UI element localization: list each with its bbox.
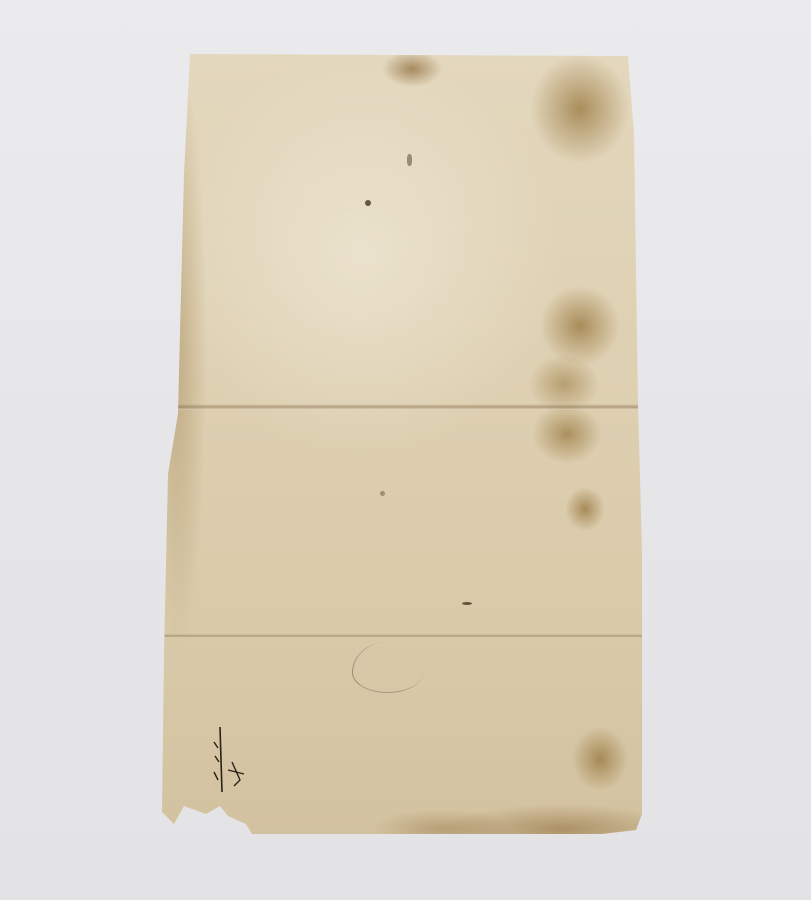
aged-paper-sheet: small illegible ink mark, lower-left [162, 54, 644, 836]
ink-spot [462, 602, 472, 605]
handwritten-mark-icon [210, 722, 250, 802]
photograph: Photograph of an aged, folded sheet of p… [0, 0, 811, 900]
ink-spot [365, 200, 371, 206]
stain-mark [407, 154, 412, 166]
horizontal-fold-lower [162, 634, 644, 638]
horizontal-fold-upper [162, 404, 644, 410]
faded-stamp-circle [352, 642, 423, 693]
ink-spot [380, 491, 385, 496]
